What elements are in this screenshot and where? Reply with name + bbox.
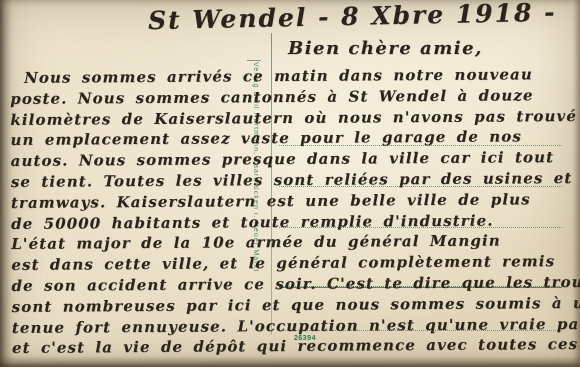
dateline: St Wendel - 8 Xbre 1918 -	[148, 0, 549, 35]
handwritten-body: Nous sommes arrivés ce matin dans notre …	[10, 65, 572, 360]
postcard-scan: Verlag Emil Hartmann, Saarbrücken i. Neu…	[0, 0, 580, 367]
salutation: Bien chère amie,	[288, 38, 483, 59]
divider-top-dash	[247, 60, 261, 61]
body-line: et c'est la vie de dépôt qui recommence …	[12, 335, 572, 360]
postcard: Verlag Emil Hartmann, Saarbrücken i. Neu…	[0, 0, 580, 367]
